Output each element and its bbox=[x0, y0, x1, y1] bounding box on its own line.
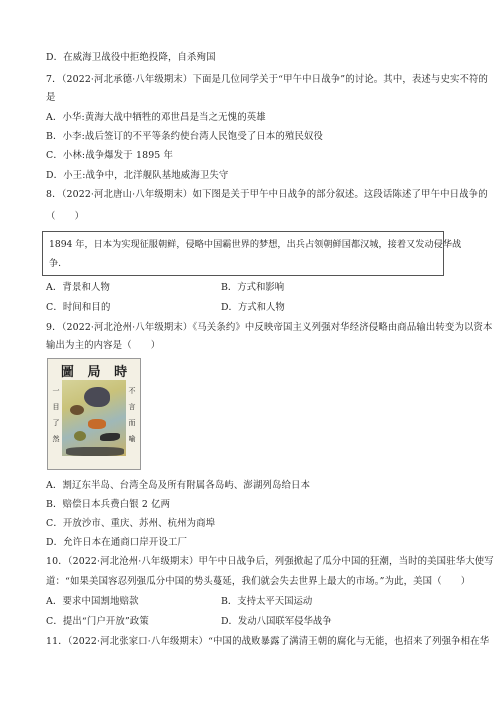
poster-left-char: 目 bbox=[51, 399, 61, 415]
q8-option-c: C．时间和目的 bbox=[46, 302, 110, 314]
poster-title: 圖 局 時 bbox=[54, 362, 134, 378]
poster-title-char: 圖 bbox=[61, 361, 74, 380]
q10-stem-line2: 道：“如果美国容忍列强瓜分中国的势头蔓延，我们就会失去世界上最大的市场。”为此，… bbox=[46, 576, 470, 588]
q7-option-c: C．小林:战争爆发于 1895 年 bbox=[46, 150, 173, 162]
q8-option-d: D．方式和人物 bbox=[221, 302, 285, 314]
q10-option-b: B．支持太平天国运动 bbox=[221, 596, 312, 608]
poster-left-text: 一 目 了 然 bbox=[51, 383, 61, 447]
figures-bottom bbox=[66, 447, 124, 456]
q8-quote-line2: 争. bbox=[49, 258, 61, 270]
animal-figure bbox=[74, 431, 86, 441]
q8-stem-line2: （ ） bbox=[46, 211, 84, 223]
q9-option-a: A．割辽东半岛、台湾全岛及所有附属各岛屿、澎湖列岛给日本 bbox=[46, 480, 310, 492]
q9-option-d: D．允许日本在通商口岸开设工厂 bbox=[46, 537, 187, 549]
animal-figure bbox=[88, 419, 106, 429]
q9-stem-line2: 输出为主的内容是（ ） bbox=[46, 340, 160, 352]
q8-quote-box: 1894 年，日本为实现征服朝鲜，侵略中国霸世界的梦想，出兵占领朝鲜国都汉城，接… bbox=[42, 231, 444, 276]
poster-right-char: 喻 bbox=[127, 431, 137, 447]
poster-right-char: 不 bbox=[127, 383, 137, 399]
q6-option-d: D．在威海卫战役中拒绝投降，自杀殉国 bbox=[46, 52, 216, 64]
poster-title-char: 時 bbox=[114, 361, 127, 380]
q7-option-d: D．小王:战争中，北洋舰队基地威海卫失守 bbox=[46, 170, 228, 182]
q8-quote-line1: 1894 年，日本为实现征服朝鲜，侵略中国霸世界的梦想，出兵占领朝鲜国都汉城，接… bbox=[49, 239, 461, 251]
poster-title-char: 局 bbox=[87, 361, 100, 380]
poster-left-char: 一 bbox=[51, 383, 61, 399]
q8-option-b: B．方式和影响 bbox=[221, 282, 284, 294]
bear-figure bbox=[84, 387, 110, 407]
q10-option-d: D．发动八国联军侵华战争 bbox=[221, 616, 332, 628]
q7-stem-line2: 是 bbox=[46, 92, 56, 104]
q8-option-a: A．背景和人物 bbox=[46, 282, 110, 294]
poster-right-char: 而 bbox=[127, 415, 137, 431]
q9-option-b: B．赔偿日本兵费白银 2 亿两 bbox=[46, 499, 170, 511]
poster-left-char: 然 bbox=[51, 431, 61, 447]
q7-option-b: B．小李:战后签订的不平等条约使台湾人民饱受了日本的殖民奴役 bbox=[46, 131, 323, 143]
q10-option-c: C．提出“门户开放”政策 bbox=[46, 616, 149, 628]
q7-option-a: A．小华:黄海大战中牺牲的邓世昌是当之无愧的英雄 bbox=[46, 112, 266, 124]
q11-stem-line1: 11．（2022·河北张家口·八年级期末）“中国的战败暴露了满清王朝的腐化与无能… bbox=[46, 636, 489, 648]
q9-stem-line1: 9．（2022·河北沧州·八年级期末）《马关条约》中反映帝国主义列强对华经济侵略… bbox=[46, 322, 493, 334]
q10-stem-line1: 10．（2022·河北沧州·八年级期末）甲午中日战争后，列强掀起了瓜分中国的狂潮… bbox=[46, 556, 494, 568]
animal-figure bbox=[70, 405, 84, 415]
poster-right-char: 言 bbox=[127, 399, 137, 415]
poster-left-char: 了 bbox=[51, 415, 61, 431]
q8-stem-line1: 8．（2022·河北唐山·八年级期末）如下图是关于甲午中日战争的部分叙述。这段话… bbox=[46, 189, 488, 201]
q10-option-a: A．要求中国割地赔款 bbox=[46, 596, 139, 608]
eagle-figure bbox=[100, 433, 120, 441]
q9-option-c: C．开放沙市、重庆、苏州、杭州为商埠 bbox=[46, 518, 215, 530]
shiju-tu-poster-image: 圖 局 時 一 目 了 然 不 言 而 喻 bbox=[47, 358, 141, 470]
q7-stem-line1: 7．（2022·河北承德·八年级期末）下面是几位同学关于“甲午中日战争”的讨论。… bbox=[46, 74, 488, 86]
poster-right-text: 不 言 而 喻 bbox=[127, 383, 137, 447]
